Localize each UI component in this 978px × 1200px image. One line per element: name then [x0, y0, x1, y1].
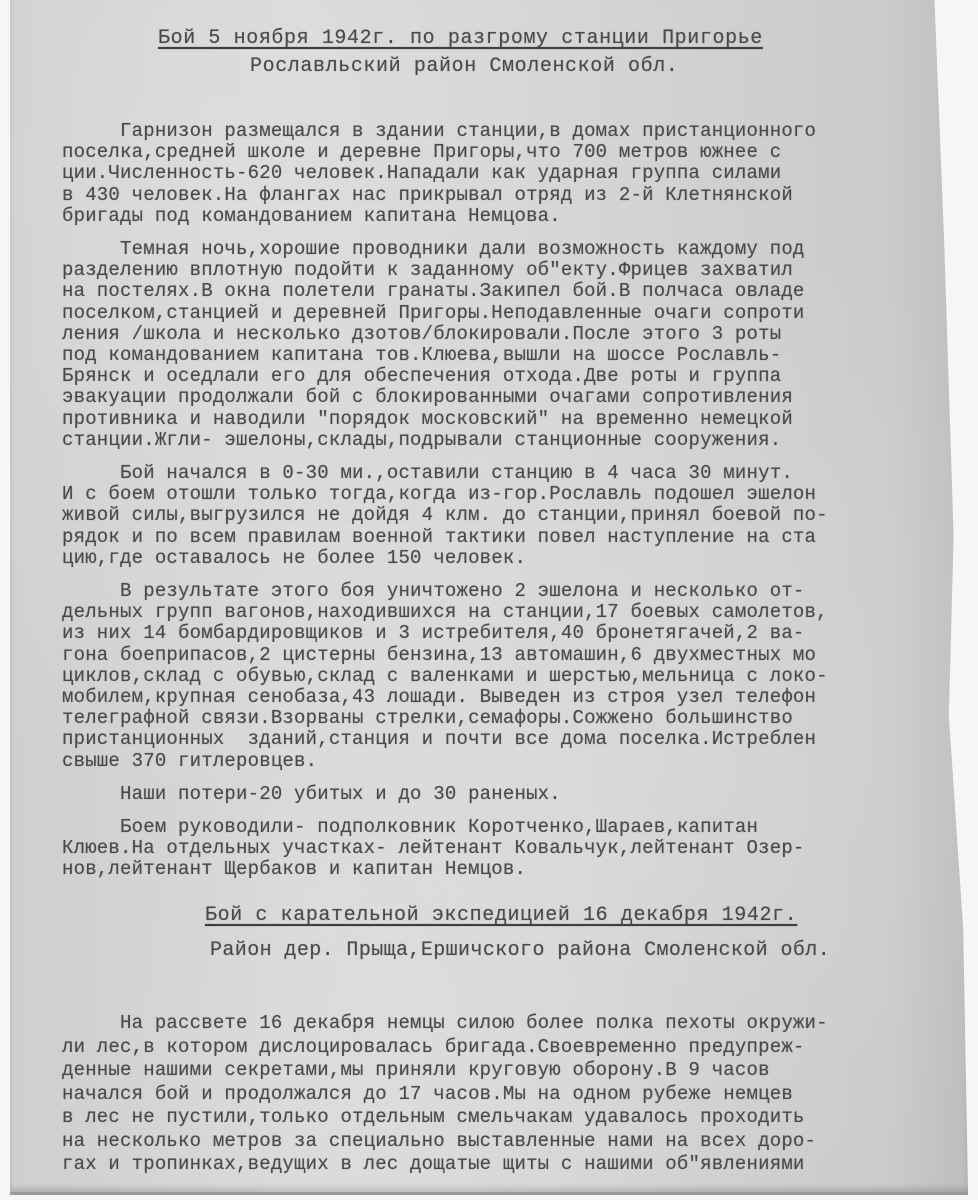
text-line: станции.Жгли- эшелоны,склады,подрывали с…: [62, 429, 781, 451]
text-line: разделению вплотную подойти к заданному …: [62, 259, 793, 281]
text-line: Гарнизон размещался в здании станции,в д…: [62, 120, 816, 142]
section2-subtitle: Район дер. Прыща,Ершичского района Смоле…: [210, 940, 830, 962]
text-line: ли лес,в котором дислоцировалась бригада…: [62, 1036, 805, 1058]
text-line: Боем руководили- подполковник Коротченко…: [62, 816, 758, 838]
text-line: ления /школа и несколько дзотов/блокиров…: [62, 323, 781, 345]
section1-title: Бой 5 ноября 1942г. по разгрому станции …: [158, 28, 763, 50]
text-line: гах и тропинках,ведущих в лес дощатые щи…: [62, 1153, 805, 1175]
text-line: Бой начался в 0-30 ми.,оставили станцию …: [62, 462, 793, 484]
text-line: нов,лейтенант Щербаков и капитан Немцов.: [62, 858, 526, 880]
text-line: живой силы,выгрузился не дойдя 4 клм. до…: [62, 504, 828, 526]
text-line: цию,где оставалось не более 150 человек.: [62, 547, 526, 569]
text-line: На рассвете 16 декабря немцы силою более…: [62, 1012, 828, 1034]
text-line: дельных групп вагонов,находившихся на ст…: [62, 601, 828, 623]
text-line: И с боем отошли только тогда,когда из-го…: [62, 483, 816, 505]
text-line: на постелях.В окна полетели гранаты.Заки…: [62, 280, 805, 302]
text-line: ции.Численность-620 человек.Нападали как…: [62, 162, 781, 184]
text-line: в 430 человек.На флангах нас прикрывал о…: [62, 184, 793, 206]
text-line: мобилем,крупная сенобаза,43 лошади. Выве…: [62, 686, 816, 708]
text-line: поселка,средней школе и деревне Пригоры,…: [62, 141, 781, 163]
text-line: противника и наводили "порядок московски…: [62, 408, 793, 430]
section2-title: Бой с карательной экспедицией 16 декабря…: [205, 905, 797, 927]
page-bottom-edge: [10, 1192, 968, 1195]
text-line: рядок и по всем правилам военной тактики…: [62, 526, 816, 548]
text-line: телеграфной связи.Взорваны стрелки,семаф…: [62, 707, 793, 729]
text-line: свыше 370 гитлеровцев.: [62, 750, 317, 772]
text-line: под командованием капитана тов.Клюева,вы…: [62, 344, 781, 366]
text-line: Брянск и оседлали его для обеспечения от…: [62, 365, 781, 387]
text-line: поселком,станцией и деревней Пригоры.Неп…: [62, 302, 805, 324]
text-line: бригады под командованием капитана Немцо…: [62, 205, 561, 227]
text-line: начался бой и продолжался до 17 часов.Мы…: [62, 1083, 793, 1105]
text-line: циклов,склад с обувью,склад с валенками …: [62, 665, 828, 687]
text-line: эвакуации продолжали бой с блокированным…: [62, 386, 793, 408]
text-line: Наши потери-20 убитых и до 30 раненых.: [62, 783, 561, 805]
text-line: на несколько метров за специально выстав…: [62, 1130, 816, 1152]
text-line: пристанционных зданий,станция и почти вс…: [62, 728, 816, 750]
section1-subtitle: Рославльский район Смоленской обл.: [250, 56, 678, 78]
text-line: гона боеприпасов,2 цистерны бензина,13 а…: [62, 644, 816, 666]
text-line: Клюев.На отдельных участках- лейтенант К…: [62, 837, 805, 859]
text-line: денные нашими секретами,мы приняли круго…: [62, 1059, 770, 1081]
text-line: из них 14 бомбардировщиков и 3 истребите…: [62, 622, 805, 644]
text-line: В результате этого боя уничтожено 2 эшел…: [62, 580, 805, 602]
text-line: Темная ночь,хорошие проводники дали возм…: [62, 238, 805, 260]
text-line: в лес не пустили,только отдельным смельч…: [62, 1106, 805, 1128]
